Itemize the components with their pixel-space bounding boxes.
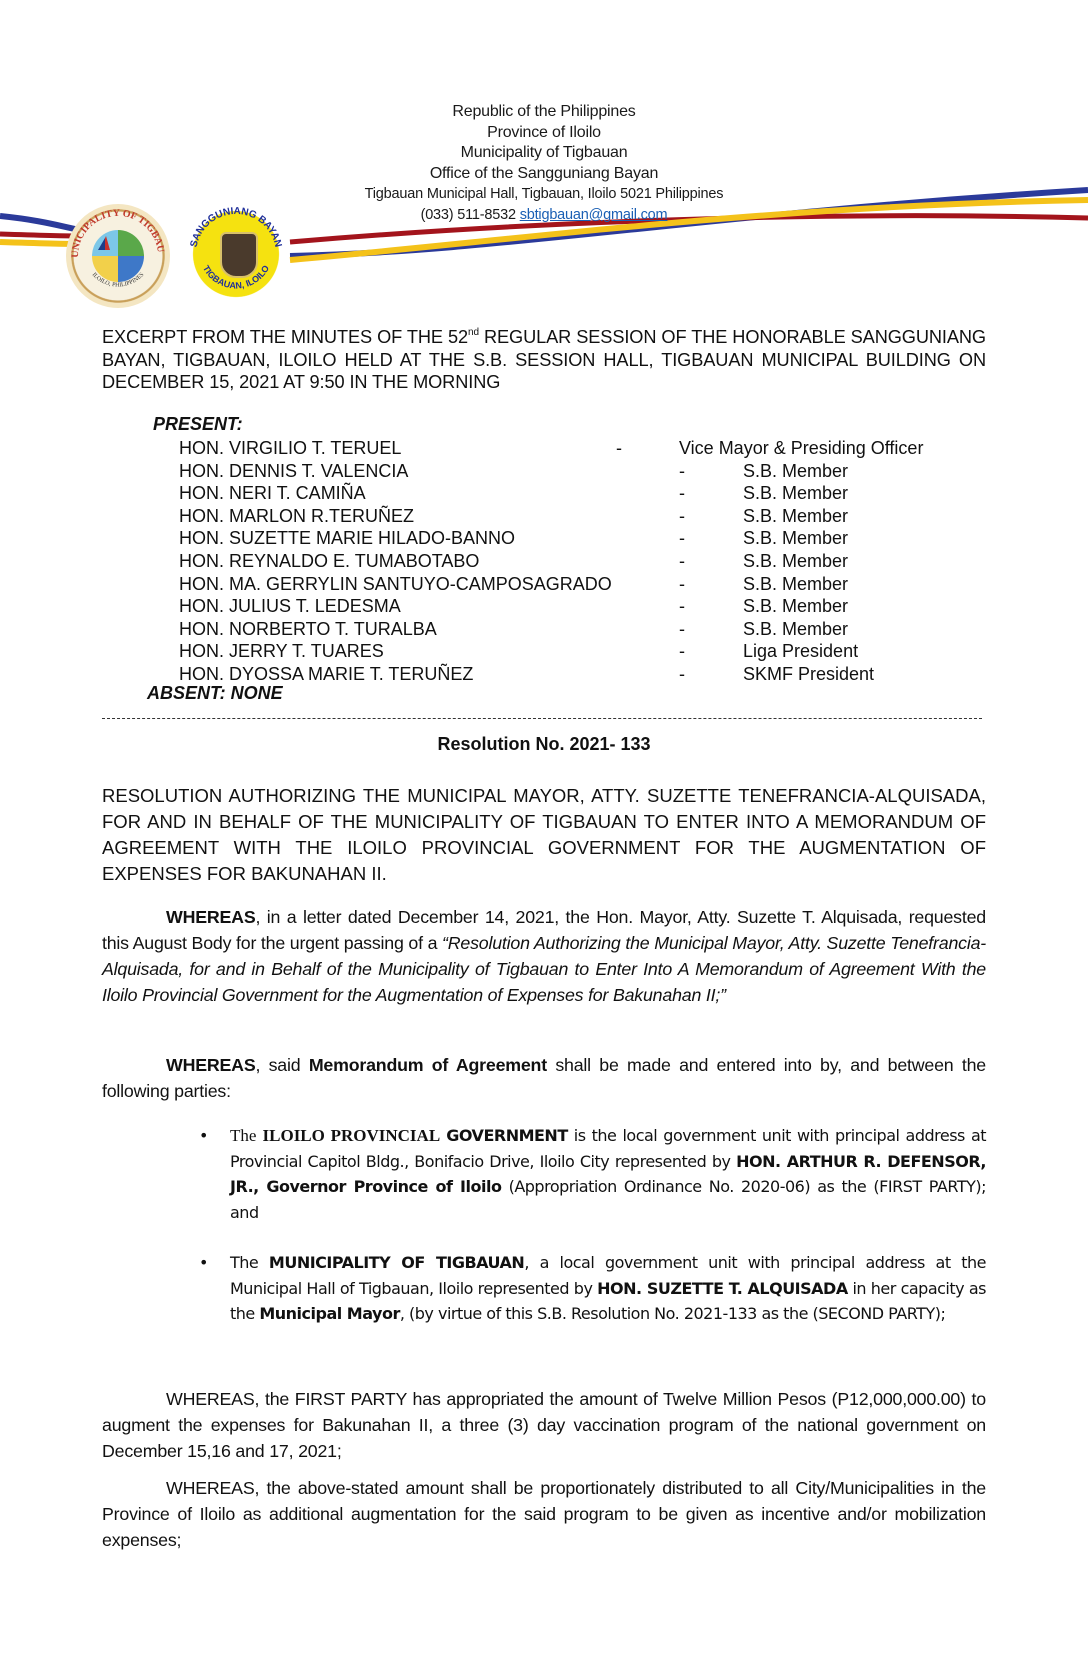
attendee-row: HON. JULIUS T. LEDESMA-S.B. Member [179, 595, 999, 618]
attendee-role: S.B. Member [743, 460, 848, 483]
attendee-name: HON. MA. GERRYLIN SANTUYO-CAMPOSAGRADO [179, 573, 612, 596]
sangguniang-bayan-seal-logo: SANGGUNIANG BAYAN TIGBAUAN, ILOILO [184, 202, 288, 306]
attendee-row: HON. REYNALDO E. TUMABOTABO-S.B. Member [179, 550, 999, 573]
attendee-name: HON. NERI T. CAMIÑA [179, 482, 366, 505]
attendee-name: HON. DENNIS T. VALENCIA [179, 460, 408, 483]
attendee-separator: - [679, 640, 685, 663]
attendee-list: HON. VIRGILIO T. TERUEL-Vice Mayor & Pre… [179, 437, 999, 686]
attendee-name: HON. JERRY T. TUARES [179, 640, 384, 663]
attendee-row: HON. MA. GERRYLIN SANTUYO-CAMPOSAGRADO-S… [179, 573, 999, 596]
svg-text:ILOILO, PHILIPPINES: ILOILO, PHILIPPINES [91, 272, 146, 289]
attendee-separator: - [679, 573, 685, 596]
whereas-paragraph-4: WHEREAS, the above-stated amount shall b… [102, 1475, 986, 1553]
attendee-name: HON. MARLON R.TERUÑEZ [179, 505, 414, 528]
attendee-name: HON. JULIUS T. LEDESMA [179, 595, 401, 618]
dashed-divider [102, 718, 982, 719]
whereas-paragraph-2: WHEREAS, said Memorandum of Agreement sh… [102, 1052, 986, 1104]
bullet-icon: • [199, 1250, 208, 1276]
absent-label: ABSENT: NONE [147, 683, 283, 704]
party-list-item-second: • The MUNICIPALITY OF TIGBAUAN, a local … [196, 1250, 986, 1327]
attendee-separator: - [679, 618, 685, 641]
resolution-heading: RESOLUTION AUTHORIZING THE MUNICIPAL MAY… [102, 783, 986, 887]
attendee-separator: - [679, 482, 685, 505]
attendee-row: HON. DYOSSA MARIE T. TERUÑEZ-SKMF Presid… [179, 663, 999, 686]
present-label: PRESENT: [153, 414, 243, 435]
attendee-row: HON. NERI T. CAMIÑA-S.B. Member [179, 482, 999, 505]
attendee-name: HON. NORBERTO T. TURALBA [179, 618, 437, 641]
attendee-row: HON. SUZETTE MARIE HILADO-BANNO-S.B. Mem… [179, 527, 999, 550]
letterhead-line: Republic of the Philippines [0, 102, 1088, 123]
svg-text:SANGGUNIANG BAYAN: SANGGUNIANG BAYAN [189, 206, 284, 248]
letterhead-address: Tigbauan Municipal Hall, Tigbauan, Iloil… [0, 184, 1088, 205]
resolution-number: Resolution No. 2021- 133 [0, 734, 1088, 755]
svg-text:MUNICIPALITY OF TIGBAUAN: MUNICIPALITY OF TIGBAUAN [66, 204, 166, 258]
attendee-role: S.B. Member [743, 618, 848, 641]
letterhead-line: Office of the Sangguniang Bayan [0, 164, 1088, 185]
attendee-separator: - [679, 595, 685, 618]
attendee-separator: - [679, 505, 685, 528]
attendee-role: S.B. Member [743, 482, 848, 505]
attendee-row: HON. NORBERTO T. TURALBA-S.B. Member [179, 618, 999, 641]
attendee-separator: - [679, 460, 685, 483]
attendee-name: HON. REYNALDO E. TUMABOTABO [179, 550, 479, 573]
whereas-paragraph-1: WHEREAS, in a letter dated December 14, … [102, 904, 986, 1008]
municipality-seal-logo: MUNICIPALITY OF TIGBAUAN ILOILO, PHILIPP… [66, 204, 170, 308]
attendee-name: HON. VIRGILIO T. TERUEL [179, 437, 401, 460]
attendee-role: S.B. Member [743, 595, 848, 618]
attendee-role: S.B. Member [743, 527, 848, 550]
attendee-role: Vice Mayor & Presiding Officer [679, 437, 923, 460]
attendee-role: Liga President [743, 640, 858, 663]
whereas-paragraph-3: WHEREAS, the FIRST PARTY has appropriate… [102, 1386, 986, 1464]
phone-number: (033) 511-8532 [421, 207, 516, 223]
attendee-separator: - [679, 527, 685, 550]
attendee-row: HON. JERRY T. TUARES-Liga President [179, 640, 999, 663]
sb-seal-ring-text: SANGGUNIANG BAYAN TIGBAUAN, ILOILO [184, 202, 288, 306]
attendee-name: HON. SUZETTE MARIE HILADO-BANNO [179, 527, 515, 550]
letterhead-line: Province of Iloilo [0, 123, 1088, 144]
attendee-separator: - [616, 437, 622, 460]
party-list-item-first: • The ILOILO PROVINCIAL GOVERNMENT is th… [196, 1123, 986, 1225]
attendee-separator: - [679, 550, 685, 573]
attendee-row: HON. DENNIS T. VALENCIA-S.B. Member [179, 460, 999, 483]
document-page: Republic of the Philippines Province of … [0, 0, 1088, 1664]
attendee-role: S.B. Member [743, 505, 848, 528]
attendee-role: S.B. Member [743, 550, 848, 573]
email-link[interactable]: sbtigbauan@gmail.com [520, 207, 668, 223]
attendee-row: HON. VIRGILIO T. TERUEL-Vice Mayor & Pre… [179, 437, 999, 460]
attendee-separator: - [679, 663, 685, 686]
bullet-icon: • [199, 1123, 208, 1149]
attendee-row: HON. MARLON R.TERUÑEZ-S.B. Member [179, 505, 999, 528]
svg-text:TIGBAUAN, ILOILO: TIGBAUAN, ILOILO [201, 264, 271, 291]
municipality-seal-ring-text: MUNICIPALITY OF TIGBAUAN ILOILO, PHILIPP… [66, 204, 170, 308]
attendee-role: S.B. Member [743, 573, 848, 596]
excerpt-heading: EXCERPT FROM THE MINUTES OF THE 52nd REG… [102, 322, 986, 394]
attendee-role: SKMF President [743, 663, 874, 686]
letterhead-line: Municipality of Tigbauan [0, 143, 1088, 164]
